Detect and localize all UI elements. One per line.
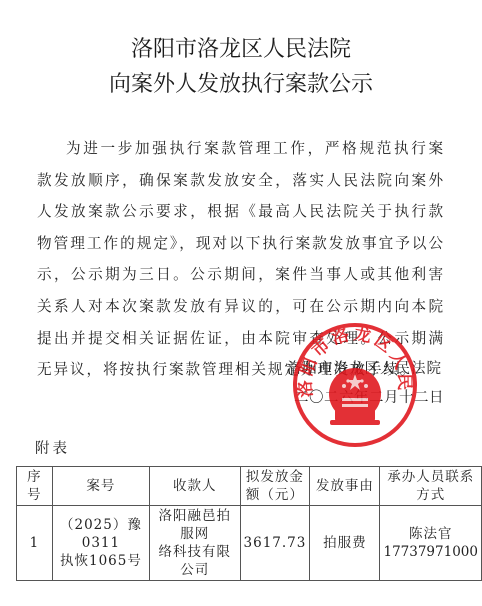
notice-title: 向案外人发放执行案款公示 bbox=[0, 67, 482, 98]
payee-line2: 络科技有限公司 bbox=[153, 543, 237, 579]
case-no-line1: （2025）豫0311 bbox=[56, 516, 146, 552]
cell-amount: 3617.73 bbox=[240, 506, 310, 581]
table-header-row: 序号 案号 收款人 拟发放金额（元） 发放事由 承办人员联系方式 bbox=[17, 467, 482, 506]
header-reason: 发放事由 bbox=[310, 467, 380, 506]
official-seal-icon: 洛阳市洛龙区人民法院 bbox=[292, 322, 418, 448]
cell-contact: 陈法官 17737971000 bbox=[380, 506, 482, 581]
cell-payee: 洛阳融邑拍服网 络科技有限公司 bbox=[150, 506, 241, 581]
contact-phone: 17737971000 bbox=[383, 543, 478, 561]
table-row: 1 （2025）豫0311 执恢1065号 洛阳融邑拍服网 络科技有限公司 36… bbox=[17, 506, 482, 581]
header-amount: 拟发放金额（元） bbox=[240, 467, 310, 506]
case-no-line2: 执恢1065号 bbox=[56, 552, 146, 570]
cell-case-no: （2025）豫0311 执恢1065号 bbox=[52, 506, 149, 581]
header-no: 序号 bbox=[17, 467, 53, 506]
appendix-label: 附表 bbox=[35, 437, 70, 458]
header-payee: 收款人 bbox=[150, 467, 241, 506]
cell-reason: 拍服费 bbox=[310, 506, 380, 581]
payee-line1: 洛阳融邑拍服网 bbox=[153, 507, 237, 543]
disbursement-table: 序号 案号 收款人 拟发放金额（元） 发放事由 承办人员联系方式 1 （2025… bbox=[16, 466, 482, 581]
cell-no: 1 bbox=[17, 506, 53, 581]
header-case-no: 案号 bbox=[52, 467, 149, 506]
court-name-title: 洛阳市洛龙区人民法院 bbox=[0, 32, 482, 63]
contact-name: 陈法官 bbox=[383, 525, 478, 543]
header-contact: 承办人员联系方式 bbox=[380, 467, 482, 506]
